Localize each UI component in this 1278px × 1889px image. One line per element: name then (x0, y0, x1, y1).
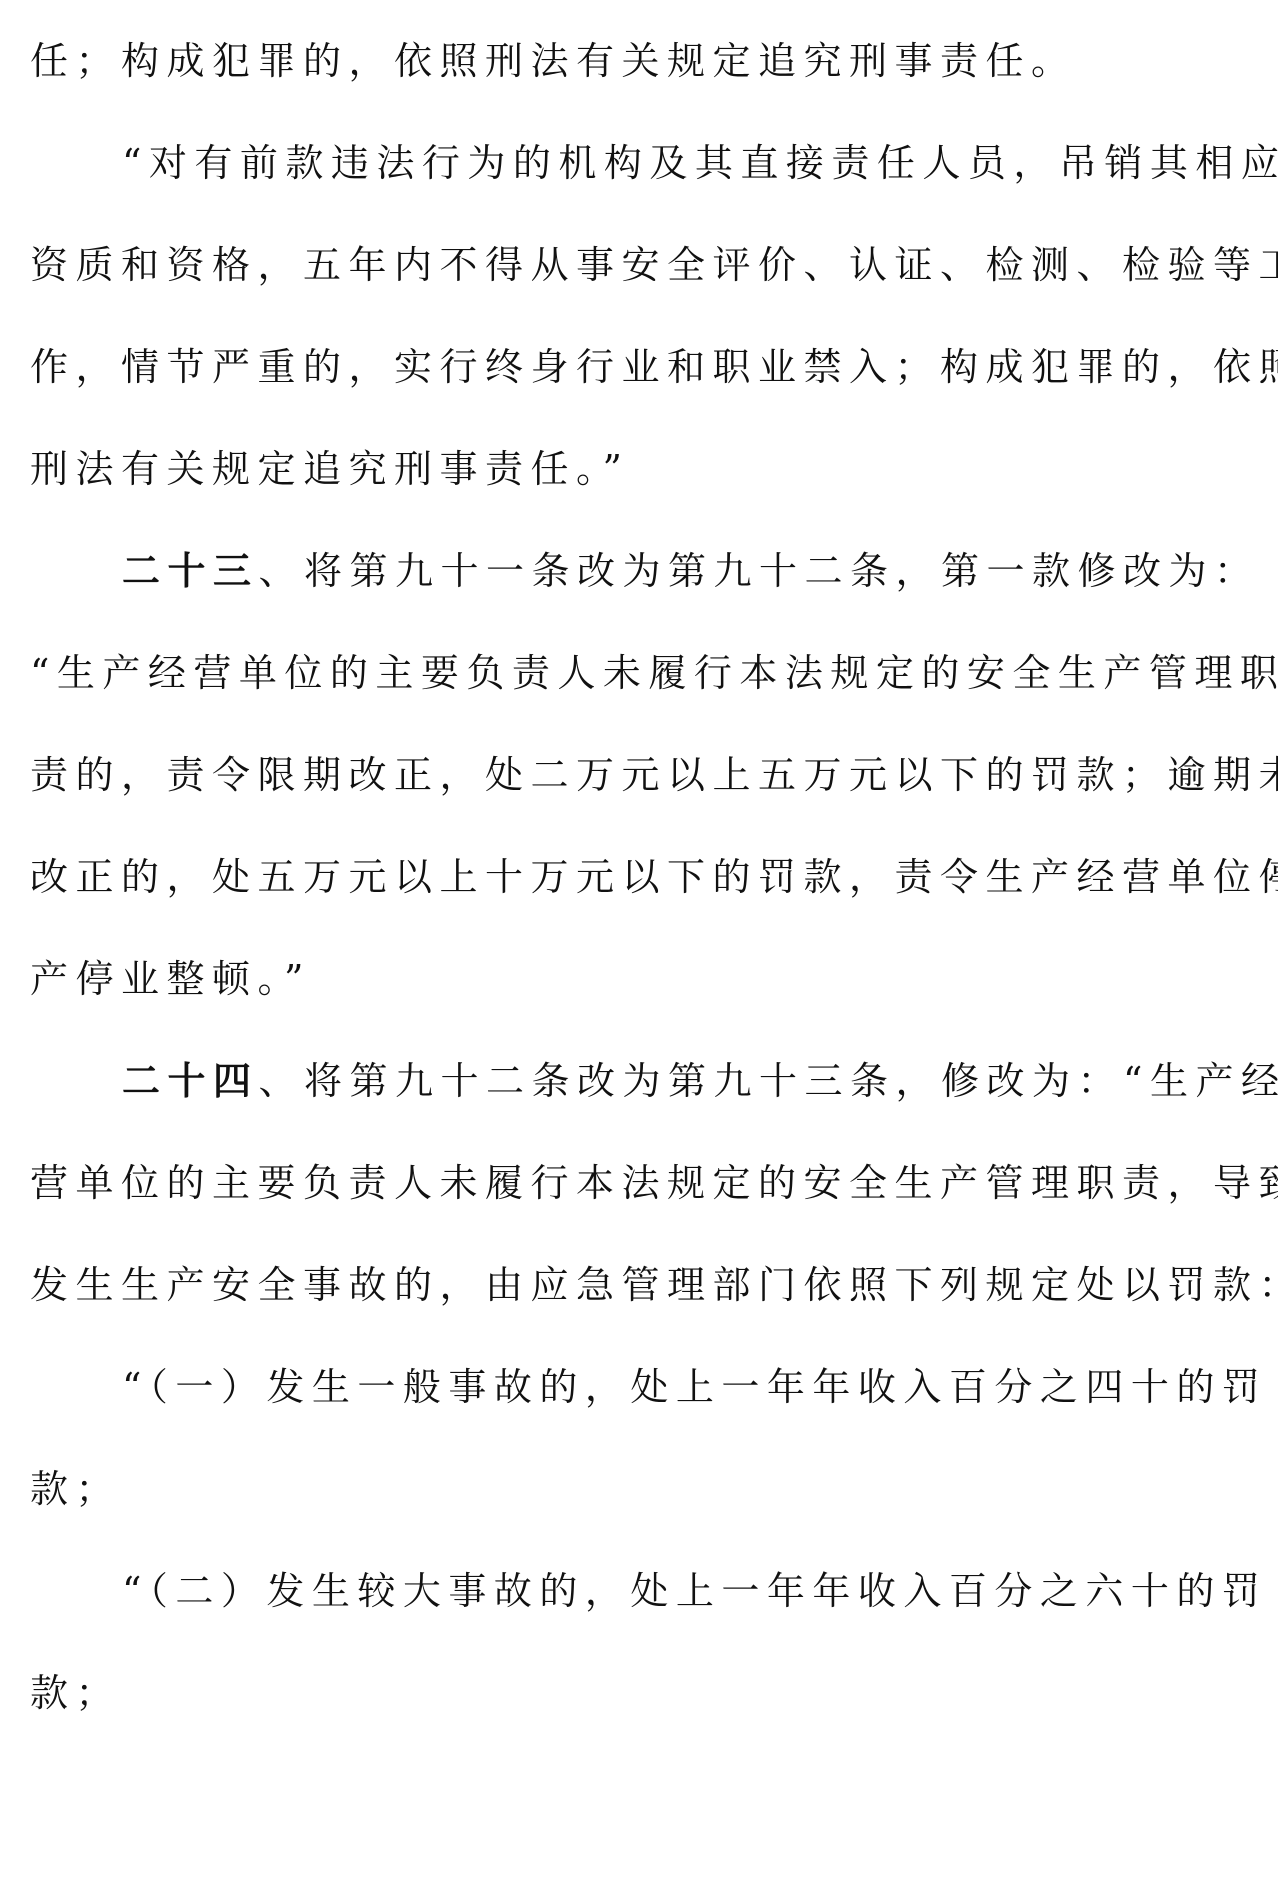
amendment-number: 二十四 (122, 1059, 259, 1103)
amendment-text: 、将第九十二条改为第九十三条，修改为：“生产经 (259, 1059, 1278, 1103)
list-item-2: “（二）发生较大事故的，处上一年年收入百分之六十的罚 (122, 1540, 1252, 1642)
amendment-heading-23: 二十三、将第九十一条改为第九十二条，第一款修改为： (122, 520, 1252, 622)
text-line: “生产经营单位的主要负责人未履行本法规定的安全生产管理职 (30, 622, 1252, 724)
list-item-1: “（一）发生一般事故的，处上一年年收入百分之四十的罚 (122, 1336, 1252, 1438)
text-line: 产停业整顿。” (30, 928, 1252, 1030)
text-line: 资质和资格，五年内不得从事安全评价、认证、检测、检验等工 (30, 214, 1252, 316)
text-line: 任；构成犯罪的，依照刑法有关规定追究刑事责任。 (30, 10, 1252, 112)
amendment-text: 、将第九十一条改为第九十二条，第一款修改为： (259, 549, 1260, 593)
text-line: 营单位的主要负责人未履行本法规定的安全生产管理职责，导致 (30, 1132, 1252, 1234)
text-line: 款； (30, 1438, 1252, 1540)
text-line: 发生生产安全事故的，由应急管理部门依照下列规定处以罚款： (30, 1234, 1252, 1336)
text-line: “对有前款违法行为的机构及其直接责任人员，吊销其相应 (122, 112, 1252, 214)
amendment-number: 二十三 (122, 549, 259, 593)
document-page: 任；构成犯罪的，依照刑法有关规定追究刑事责任。 “对有前款违法行为的机构及其直接… (0, 0, 1278, 1889)
text-line: 作，情节严重的，实行终身行业和职业禁入；构成犯罪的，依照 (30, 316, 1252, 418)
text-line: 款； (30, 1642, 1252, 1744)
amendment-heading-24: 二十四、将第九十二条改为第九十三条，修改为：“生产经 (122, 1030, 1252, 1132)
text-line: 责的，责令限期改正，处二万元以上五万元以下的罚款；逾期未 (30, 724, 1252, 826)
text-line: 改正的，处五万元以上十万元以下的罚款，责令生产经营单位停 (30, 826, 1252, 928)
text-line: 刑法有关规定追究刑事责任。” (30, 418, 1252, 520)
